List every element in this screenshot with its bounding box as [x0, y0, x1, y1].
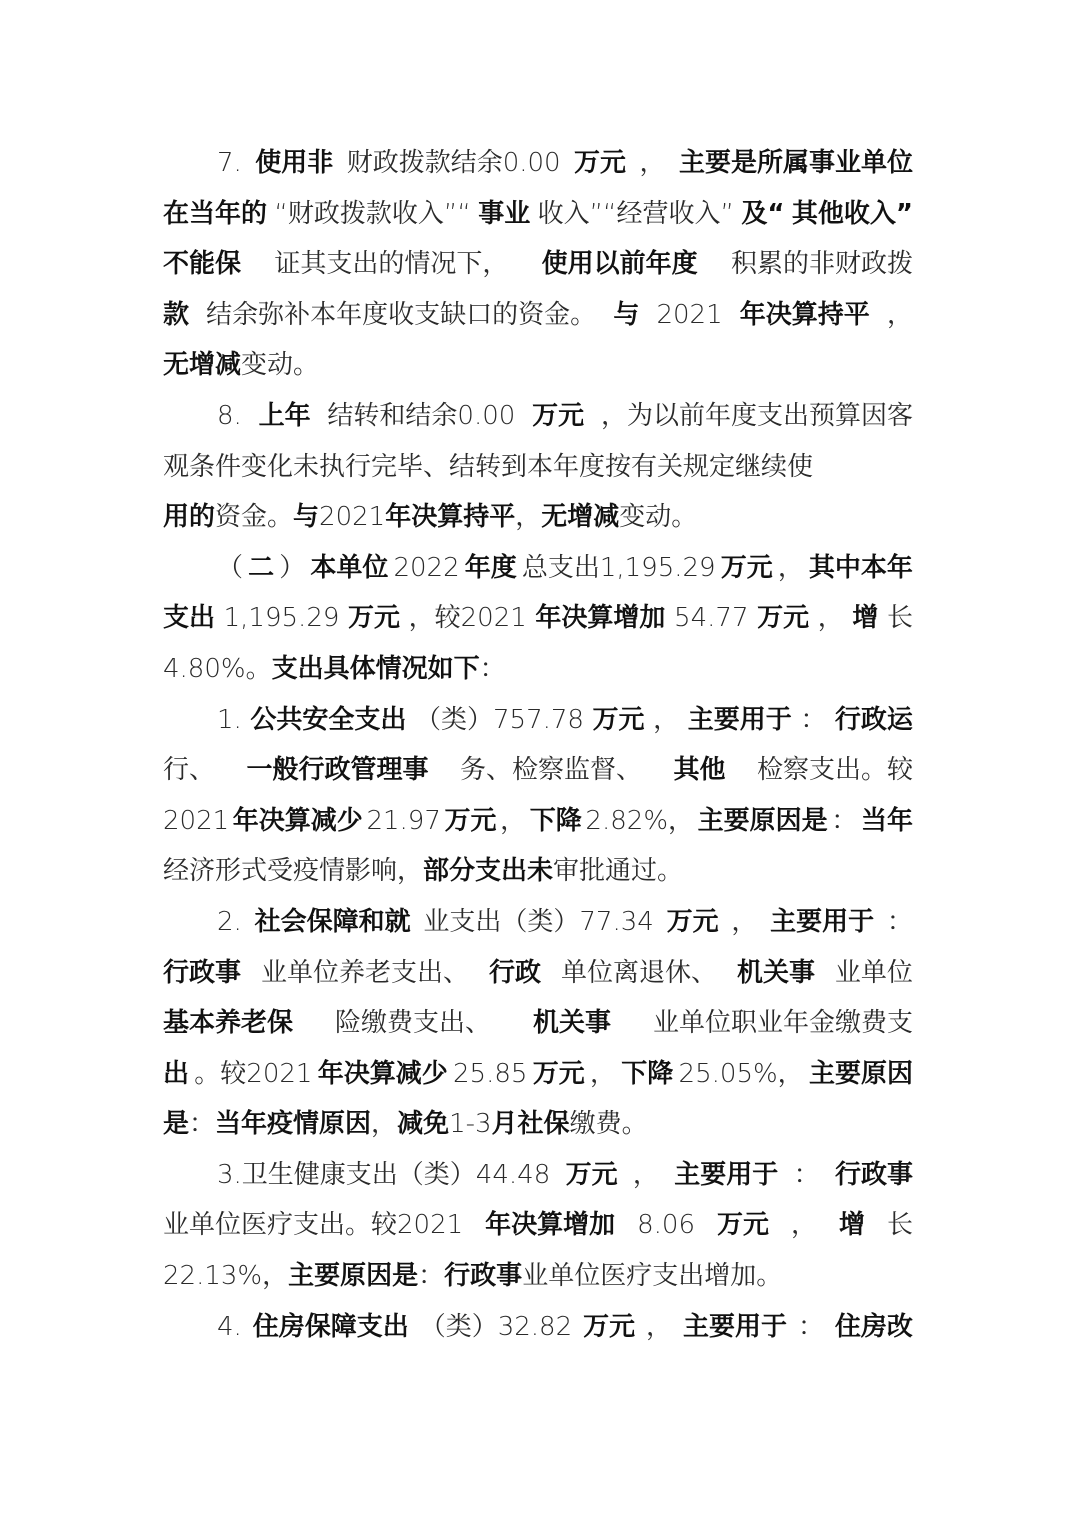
text-line: 7.使用非财政拨款结余0.00 万元，主要是所属事业单位 [163, 138, 913, 189]
text-run: 收入”“经营收入” [538, 189, 734, 240]
text-run: 3.卫生健康支出（类）44.48 [217, 1150, 550, 1201]
text-line: （二）本单位2022年度总支出1,195.29 万元，其中本年 [163, 543, 913, 594]
bold-text: 支出具体情况如下 [272, 644, 480, 695]
text-line: 无增减变动。 [163, 340, 913, 391]
text-run: ： [480, 644, 506, 695]
bold-text: 在当年的 [163, 189, 267, 240]
text-line: 22.13%，主要原因是：行政事业单位医疗支出增加。 [163, 1251, 913, 1302]
bold-text: 万元 [721, 543, 773, 594]
text-line: 用的资金。与2021年决算持平，无增减变动。 [163, 492, 913, 543]
text-line: 2.社会保障和就业支出（类）77.34万元，主要用于： [163, 897, 913, 948]
text-run: 总支出1,195.29 [522, 543, 716, 594]
text-run: ， [791, 1200, 817, 1251]
text-run: ： [418, 1251, 444, 1302]
bold-text: 年决算减少 [318, 1049, 448, 1100]
text-run: 。较2021 [194, 1049, 312, 1100]
paragraph-p-total: （二）本单位2022年度总支出1,195.29 万元，其中本年支出1,195.2… [163, 543, 913, 695]
bold-text: 本单位 [310, 543, 388, 594]
text-run: 8. [217, 391, 242, 442]
bold-text: 款 [163, 290, 189, 341]
text-run: 54.77 [674, 593, 748, 644]
text-run: 业单位 [835, 948, 913, 999]
text-run: 2021 [319, 492, 385, 543]
paragraph-p7: 7.使用非财政拨款结余0.00 万元，主要是所属事业单位在当年的“财政拨款收入”… [163, 138, 913, 391]
bold-text: 主要原因是 [288, 1251, 418, 1302]
text-line: 2021年决算减少21.97万元，下降2.82%，主要原因是：当年 [163, 796, 913, 847]
text-run: ： [831, 796, 857, 847]
bold-text: 万元 [348, 593, 400, 644]
text-run: ： [189, 1099, 215, 1150]
text-run: 变动。 [619, 492, 697, 543]
text-line: 行政事业单位养老支出、行政单位离退休、机关事业单位 [163, 948, 913, 999]
text-run: 22.13%， [163, 1251, 288, 1302]
bold-text: 行政事 [444, 1251, 522, 1302]
text-run: 业单位医疗支出。较2021 [163, 1200, 463, 1251]
bold-text: 其他收入” [792, 189, 913, 240]
text-run: 结余弥补本年度收支缺口的资金。 [206, 290, 596, 341]
bold-text: 机关事 [533, 998, 611, 1049]
text-run: ， [653, 695, 679, 746]
text-run: ， [887, 290, 913, 341]
text-run: ： [887, 897, 913, 948]
bold-text: 住房改 [835, 1302, 913, 1353]
bold-text: 年决算持平 [385, 492, 515, 543]
text-run: 2. [217, 897, 242, 948]
bold-text: 万元 [583, 1302, 635, 1353]
bold-text: 是 [163, 1099, 189, 1150]
text-run: 7. [217, 138, 242, 189]
text-run: 2022 [393, 543, 459, 594]
bold-text: 主要原因 [809, 1049, 913, 1100]
text-run: 长 [887, 1200, 913, 1251]
text-run: 变动。 [241, 340, 319, 391]
bold-text: 当年 [861, 796, 913, 847]
text-run: 21.97 [366, 796, 440, 847]
text-line: 基本养老保险缴费支出、机关事业单位职业年金缴费支 [163, 998, 913, 1049]
bold-text: 其中本年 [809, 543, 913, 594]
paragraph-p2: 2.社会保障和就业支出（类）77.34万元，主要用于：行政事业单位养老支出、行政… [163, 897, 913, 1150]
bold-text: 行政运 [835, 695, 913, 746]
bold-text: 下降 [530, 796, 582, 847]
bold-text: 增 [839, 1200, 865, 1251]
text-run: 单位离退休、 [561, 948, 717, 999]
bold-text: 主要是所属事业单位 [679, 138, 913, 189]
bold-text: 行政事 [163, 948, 241, 999]
text-run: 2.82%， [585, 796, 694, 847]
bold-text: 一般行政管理事 [246, 745, 428, 796]
text-run: ， [646, 1302, 672, 1353]
text-line: 3.卫生健康支出（类）44.48万元，主要用于：行政事 [163, 1150, 913, 1201]
text-run: ， [818, 593, 844, 644]
text-line: 在当年的“财政拨款收入”“事业收入”“经营收入”及“其他收入” [163, 189, 913, 240]
bold-text: 出 [163, 1049, 189, 1100]
paragraph-p1: 1.公共安全支出（类）757.78万元，主要用于：行政运行、一般行政管理事务、检… [163, 695, 913, 897]
text-run: （ [217, 543, 243, 594]
text-run: 25.85 [453, 1049, 527, 1100]
text-line: 出。较2021年决算减少25.85万元，下降25.05%，主要原因 [163, 1049, 913, 1100]
text-run: ，较2021 [409, 593, 527, 644]
text-line: 4.住房保障支出（类）32.82万元，主要用于：住房改 [163, 1302, 913, 1353]
text-run: 审批通过。 [553, 846, 683, 897]
text-run: 险缴费支出、 [335, 998, 491, 1049]
text-run: 财政拨款结余0.00 [347, 138, 561, 189]
bold-text: 减免 [397, 1099, 449, 1150]
bold-text: 万元 [667, 897, 719, 948]
text-line: 业单位医疗支出。较2021年决算增加8.06 万元，增长 [163, 1200, 913, 1251]
text-run: 4.80%。 [163, 644, 272, 695]
text-run: （类）32.82 [420, 1302, 572, 1353]
bold-text: 年决算减少 [233, 796, 363, 847]
text-run: 结转和结余0.00 [327, 391, 515, 442]
text-run: ， [590, 1049, 616, 1100]
text-run: 证其支出的情况下， [274, 239, 508, 290]
text-run: 积累的非财政拨 [731, 239, 913, 290]
paragraph-p4: 4.住房保障支出（类）32.82万元，主要用于：住房改 [163, 1302, 913, 1353]
bold-text: 其他 [673, 745, 725, 796]
text-line: 4.80%。 支出具体情况如下： [163, 644, 913, 695]
text-run: “财政拨款收入”“ [274, 189, 470, 240]
bold-text: 主要原因是 [698, 796, 828, 847]
text-run: 业支出（类）77.34 [423, 897, 653, 948]
text-run: 行、 [163, 745, 215, 796]
text-run: ， [371, 1099, 397, 1150]
bold-text: 主要用于 [674, 1150, 778, 1201]
text-run: 长 [887, 593, 913, 644]
bold-text: 当年疫情原因 [215, 1099, 371, 1150]
bold-text: 及“ [741, 189, 784, 240]
text-run: 1,195.29 [224, 593, 340, 644]
bold-text: 行政 [489, 948, 541, 999]
bold-text: 增 [852, 593, 878, 644]
bold-text: 支出 [163, 593, 215, 644]
bold-text: 万元 [532, 391, 584, 442]
text-run: 经济形式受疫情影响， [163, 846, 423, 897]
bold-text: 事业 [478, 189, 530, 240]
bold-text: 万元 [533, 1049, 585, 1100]
bold-text: 万元 [757, 593, 809, 644]
bold-text: 与 [293, 492, 319, 543]
text-line: 观条件变化未执行完毕、结转到本年度按有关规定继续使 [163, 442, 913, 493]
bold-text: 无增减 [163, 340, 241, 391]
text-run: 2021 [163, 796, 229, 847]
text-run: 缴费。 [570, 1099, 648, 1150]
bold-text: 万元 [566, 1150, 618, 1201]
bold-text: 不能保 [163, 239, 241, 290]
text-run: 1-3 [449, 1099, 491, 1150]
text-line: 是：当年疫情原因，减免1-3月社保缴费。 [163, 1099, 913, 1150]
paragraph-p3: 3.卫生健康支出（类）44.48万元，主要用于：行政事业单位医疗支出。较2021… [163, 1150, 913, 1302]
text-run: 1. [217, 695, 242, 746]
bold-text: 主要用于 [688, 695, 792, 746]
bold-text: 万元 [717, 1200, 769, 1251]
bold-text: 年决算增加 [535, 593, 665, 644]
text-run: 务、检察监督、 [460, 745, 642, 796]
text-run: 检察支出。较 [757, 745, 913, 796]
text-run: 8.06 [637, 1200, 695, 1251]
text-run: 4. [217, 1302, 242, 1353]
text-run: 业单位养老支出、 [261, 948, 469, 999]
bold-text: 下降 [621, 1049, 673, 1100]
text-run: ： [800, 695, 826, 746]
paragraph-p8: 8.上年结转和结余0.00 万元，为以前年度支出预算因客观条件变化未执行完毕、结… [163, 391, 913, 543]
bold-text: 年决算持平 [740, 290, 870, 341]
text-line: 款结余弥补本年度收支缺口的资金。与2021年决算持平， [163, 290, 913, 341]
bold-text: 基本养老保 [163, 998, 293, 1049]
text-line: 8.上年结转和结余0.00 万元，为以前年度支出预算因客 [163, 391, 913, 442]
text-run: ： [794, 1150, 820, 1201]
text-run: ， [633, 1150, 659, 1201]
text-run: ， [731, 897, 757, 948]
bold-text: 与 [613, 290, 639, 341]
text-run: ， [500, 796, 526, 847]
text-line: 不能保证其支出的情况下，使用以前年度积累的非财政拨 [163, 239, 913, 290]
bold-text: 无增减 [541, 492, 619, 543]
text-run: 观条件变化未执行完毕、结转到本年度按有关规定继续使 [163, 442, 813, 493]
text-run: 2021 [656, 290, 722, 341]
bold-text: 用的 [163, 492, 215, 543]
bold-text: 公共安全支出 [250, 695, 406, 746]
bold-text: 上年 [259, 391, 311, 442]
text-run: ， [515, 492, 541, 543]
text-run: ： [798, 1302, 824, 1353]
text-run: ， [778, 543, 804, 594]
bold-text: 住房保障支出 [253, 1302, 409, 1353]
text-line: 1.公共安全支出（类）757.78万元，主要用于：行政运 [163, 695, 913, 746]
text-line: 经济形式受疫情影响，部分支出未审批通过。 [163, 846, 913, 897]
bold-text: 部分支出未 [423, 846, 553, 897]
text-run: ， [640, 138, 666, 189]
bold-text: 主要用于 [770, 897, 874, 948]
bold-text: 使用非 [255, 138, 333, 189]
bold-text: 万元 [445, 796, 497, 847]
bold-text: 年度 [465, 543, 517, 594]
bold-text: 主要用于 [683, 1302, 787, 1353]
bold-text: 行政事 [835, 1150, 913, 1201]
bold-text: 使用以前年度 [542, 239, 698, 290]
text-run: ） [279, 543, 305, 594]
text-run: ，为以前年度支出预算因客 [601, 391, 913, 442]
text-run: 25.05%， [679, 1049, 804, 1100]
text-run: 业单位职业年金缴费支 [653, 998, 913, 1049]
text-run: 资金。 [215, 492, 293, 543]
document-page: 7.使用非财政拨款结余0.00 万元，主要是所属事业单位在当年的“财政拨款收入”… [163, 138, 913, 1352]
text-line: 支出1,195.29 万元，较2021年决算增加54.77万元，增长 [163, 593, 913, 644]
text-run: （类）757.78 [415, 695, 584, 746]
bold-text: 月社保 [492, 1099, 570, 1150]
text-run: 业单位医疗支出增加。 [522, 1251, 782, 1302]
text-line: 行、一般行政管理事务、检察监督、其他检察支出。较 [163, 745, 913, 796]
bold-text: 机关事 [737, 948, 815, 999]
bold-text: 万元 [593, 695, 645, 746]
bold-text: 万元 [574, 138, 626, 189]
bold-text: 社会保障和就 [255, 897, 411, 948]
bold-text: 年决算增加 [485, 1200, 615, 1251]
bold-text: 二 [248, 543, 274, 594]
